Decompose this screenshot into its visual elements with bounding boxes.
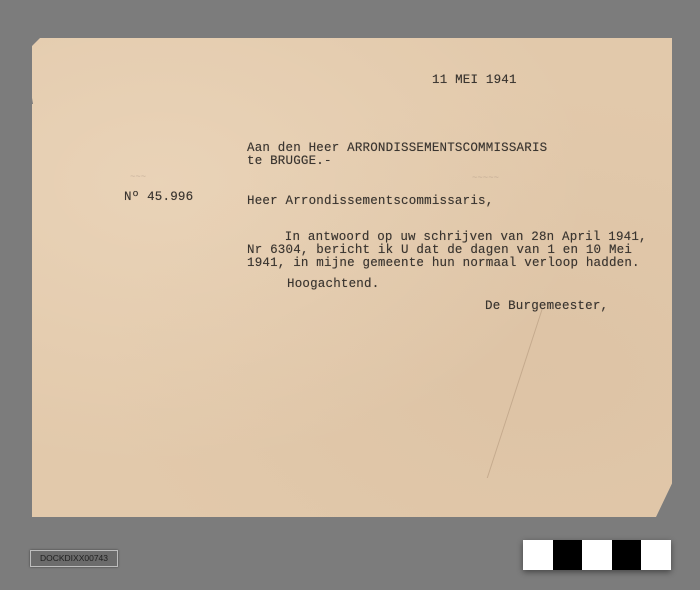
swatch-black — [553, 540, 583, 570]
swatch-white — [582, 540, 612, 570]
paper-crease — [487, 308, 613, 478]
swatch-white — [641, 540, 671, 570]
letter-date: 11 MEI 1941 — [432, 74, 517, 87]
reference-number: Nº 45.996 — [124, 191, 193, 204]
signature-title: De Burgemeester, — [485, 300, 608, 313]
faint-mark: ~~~ — [130, 172, 146, 182]
salutation: Heer Arrondissementscommissaris, — [247, 195, 493, 208]
color-calibration-bar — [523, 540, 671, 570]
closing: Hoogachtend. — [287, 278, 379, 291]
faint-mark: ~~~~~ — [472, 173, 499, 183]
swatch-black — [612, 540, 642, 570]
document-paper: ~~~ ~~~~~ 11 MEI 1941 Aan den Heer ARRON… — [32, 38, 672, 517]
swatch-white — [523, 540, 553, 570]
addressee-line-2: te BRUGGE.- — [247, 155, 332, 168]
body-line-3: 1941, in mijne gemeente hun normaal verl… — [247, 257, 640, 270]
archive-id-label: DOCKDIXX00743 — [30, 550, 118, 567]
